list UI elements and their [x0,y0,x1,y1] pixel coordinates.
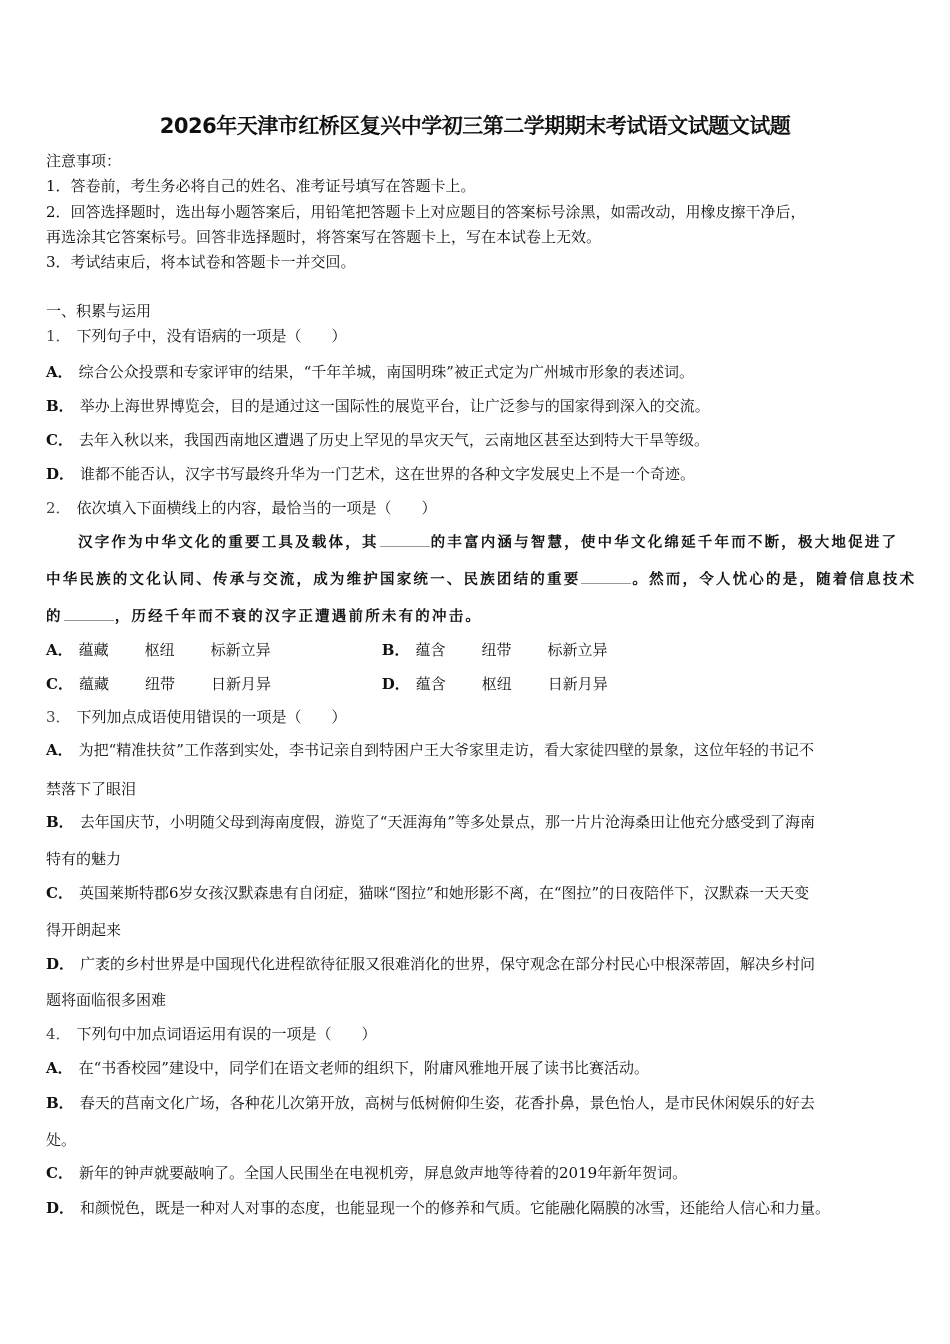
q2-options-row-2: C．蕴藏纽带日新月异 D．蕴含枢纽日新月异 [46,674,608,694]
question-2: 2．依次填入下面横线上的内容，最恰当的一项是（ ） [46,498,437,518]
question-1: 1．下列句子中，没有语病的一项是（ ） [46,326,347,346]
fill-blank-1 [380,532,430,547]
q1-option-a: A．综合公众投票和专家评审的结果，“千年羊城，南国明珠”被正式定为广州城市形象的… [46,362,694,382]
question-stem: 下列加点成语使用错误的一项是（ ） [77,708,347,726]
question-stem: 依次填入下面横线上的内容，最恰当的一项是（ ） [77,499,437,517]
q4-option-a: A．在“书香校园”建设中，同学们在语文老师的组织下，附庸风雅地开展了读书比赛活动… [46,1058,649,1078]
q4-option-b-cont: 处。 [46,1130,76,1150]
fill-blank-2 [581,569,631,584]
passage-line-1: 汉字作为中华文化的重要工具及载体，其的丰富内涵与智慧，使中华文化绵延千年而不断，… [78,532,898,553]
q3-option-c-cont: 得开朗起来 [46,920,121,940]
q3-option-b: B．去年国庆节，小明随父母到海南度假，游览了“天涯海角”等多处景点，那一片片沧海… [46,812,815,832]
notice-item-3: 3．考试结束后，将本试卷和答题卡一并交回。 [46,252,356,272]
q2-option-a: A．蕴藏枢纽标新立异 [46,640,377,660]
passage-line-2: 中华民族的文化认同、传承与交流，成为维护国家统一、民族团结的重要。然而，令人忧心… [46,569,916,590]
q2-option-b: B．蕴含纽带标新立异 [382,640,608,660]
section-heading: 一、积累与运用 [46,301,151,321]
notice-heading: 注意事项： [46,151,121,171]
q3-option-d: D．广袤的乡村世界是中国现代化进程欲待征服又很难消化的世界，保守观念在部分村民心… [46,954,815,974]
q1-option-d: D．谁都不能否认，汉字书写最终升华为一门艺术，这在世界的各种文字发展史上不是一个… [46,464,695,484]
question-stem: 下列句子中，没有语病的一项是（ ） [77,327,347,345]
passage-line-3: 的，历经千年而不衰的汉字正遭遇前所未有的冲击。 [46,606,482,627]
question-3: 3．下列加点成语使用错误的一项是（ ） [46,707,347,727]
q2-option-c: C．蕴藏纽带日新月异 [46,674,377,694]
question-stem: 下列句中加点词语运用有误的一项是（ ） [77,1025,377,1043]
q4-option-c: C．新年的钟声就要敲响了。全国人民围坐在电视机旁，屏息敛声地等待着的2019年新… [46,1163,687,1183]
q4-option-d: D．和颜悦色，既是一种对人对事的态度，也能显现一个的修养和气质。它能融化隔膜的冰… [46,1198,830,1218]
question-number: 2． [46,499,71,517]
exam-title: 2026年天津市红桥区复兴中学初三第二学期期末考试语文试题文试题 [0,110,950,140]
q4-option-b: B．春天的莒南文化广场，各种花儿次第开放，高树与低树俯仰生姿，花香扑鼻，景色怡人… [46,1093,815,1113]
notice-item-2-cont: 再选涂其它答案标号。回答非选择题时，将答案写在答题卡上，写在本试卷上无效。 [46,227,601,247]
question-4: 4．下列句中加点词语运用有误的一项是（ ） [46,1024,377,1044]
q3-option-a: A．为把“精准扶贫”工作落到实处，李书记亲自到特困户王大爷家里走访，看大家徒四壁… [46,740,814,760]
question-number: 1． [46,327,71,345]
q3-option-c: C．英国莱斯特郡6岁女孩汉默森患有自闭症，猫咪“图拉”和她形影不离，在“图拉”的… [46,883,809,903]
exam-page: 2026年天津市红桥区复兴中学初三第二学期期末考试语文试题文试题 注意事项： 1… [0,0,950,1344]
q3-option-d-cont: 题将面临很多困难 [46,990,166,1010]
notice-item-2: 2．回答选择题时，选出每小题答案后，用铅笔把答题卡上对应题目的答案标号涂黑，如需… [46,202,806,222]
q3-option-b-cont: 特有的魅力 [46,849,121,869]
fill-blank-3 [64,606,114,621]
notice-item-1: 1．答卷前，考生务必将自己的姓名、准考证号填写在答题卡上。 [46,176,476,196]
q3-option-a-cont: 禁落下了眼泪 [46,779,136,799]
q1-option-c: C．去年入秋以来，我国西南地区遭遇了历史上罕见的旱灾天气，云南地区甚至达到特大干… [46,430,709,450]
q2-option-d: D．蕴含枢纽日新月异 [382,674,608,694]
question-number: 4． [46,1025,71,1043]
q1-option-b: B．举办上海世界博览会，目的是通过这一国际性的展览平台，让广泛参与的国家得到深入… [46,396,710,416]
q2-options-row-1: A．蕴藏枢纽标新立异 B．蕴含纽带标新立异 [46,640,607,660]
question-number: 3． [46,708,71,726]
